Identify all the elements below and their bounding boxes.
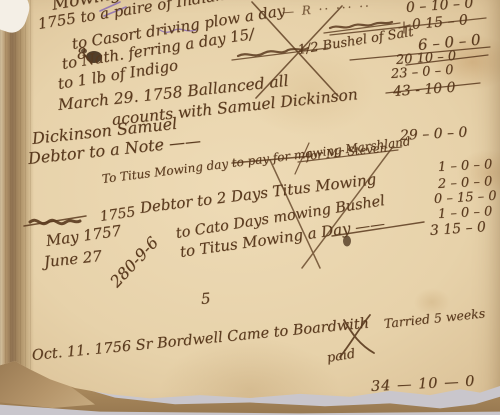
ledger-line-tail: Tarried 5 weeks [383,305,486,331]
amount-struck: 0 15 – 0 [411,12,468,33]
entry-date: May 1757 [45,222,122,250]
paid-annotation: paid [326,347,357,366]
ledger-line: Oct. 11. 1756 Sr Bordwell Came to Boardw… [31,316,369,364]
amount: 3 15 – 0 [429,219,486,239]
entry-date: June 27 [43,247,103,271]
page-total: 34 — 10 — 0 [371,374,476,395]
margin-mark: 8 [76,44,87,63]
ledger-scan: Mowing 1755 to a paire of Indian Shott —… [0,0,500,415]
leader-dots: — R ·· ··· ·· [282,0,372,19]
column-total: 43 - 10 0 [392,80,456,100]
amount: 1 – 0 – 0 [438,157,493,175]
diagonal-sum-note: 280-9-6 [106,233,162,291]
page-number: 5 [200,289,211,308]
subtotal: 23 – 0 – 0 [390,63,454,82]
handwriting-layer: Mowing 1755 to a paire of Indian Shott —… [0,0,500,415]
